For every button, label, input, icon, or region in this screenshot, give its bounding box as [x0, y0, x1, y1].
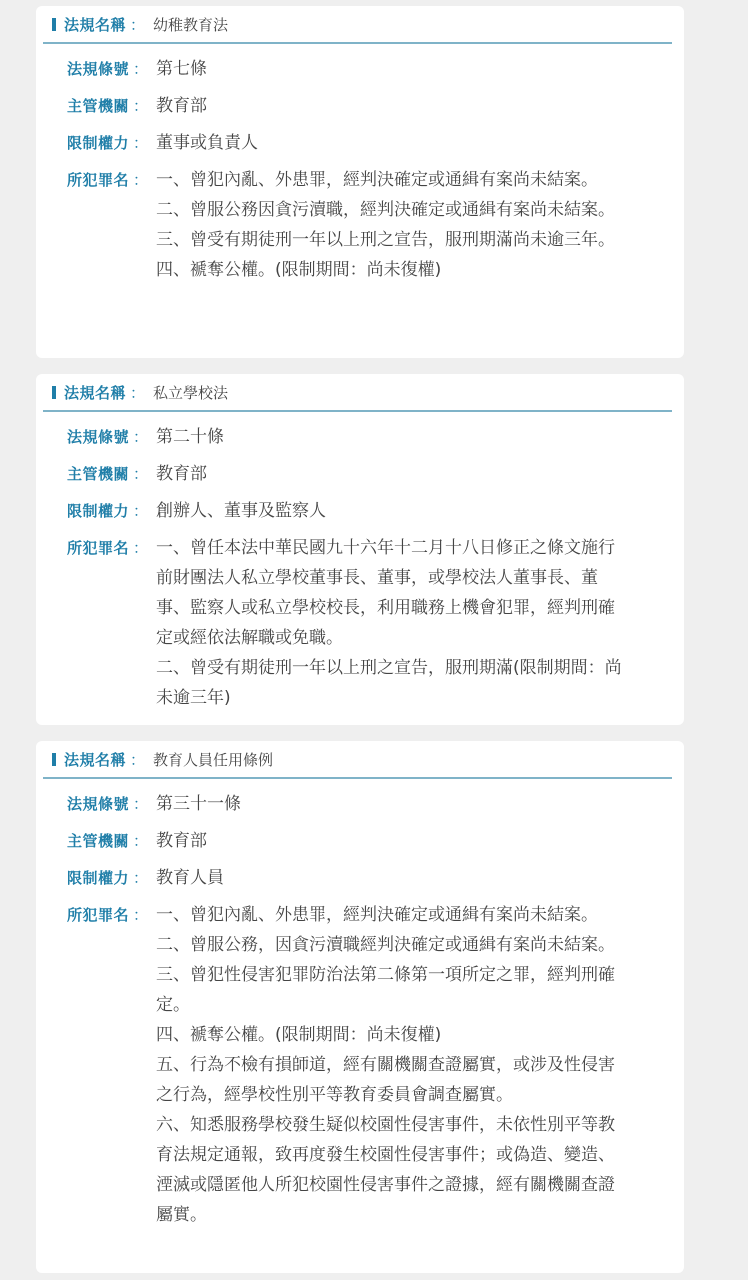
article-label: 法規條號 — [67, 54, 129, 84]
colon: ： — [133, 863, 148, 893]
offense-item: 一、曾任本法中華民國九十六年十二月十八日修正之條文施行前財團法人私立學校董事長、… — [156, 533, 628, 653]
law-card: 法規名稱 ： 私立學校法 法規條號 ： 第二十條 主管機關 ： 教育部 限制權力… — [36, 374, 684, 725]
header-marker-icon — [52, 386, 56, 399]
authority-value: 教育部 — [156, 826, 207, 856]
offense-item: 三、曾受有期徒刑一年以上刑之宣告，服刑期滿尚未逾三年。 — [156, 225, 628, 255]
offenses-row: 所犯罪名 ： 一、曾任本法中華民國九十六年十二月十八日修正之條文施行前財團法人私… — [67, 533, 684, 713]
authority-row: 主管機關 ： 教育部 — [67, 91, 684, 121]
article-row: 法規條號 ： 第二十條 — [67, 422, 684, 452]
article-label: 法規條號 — [67, 422, 129, 452]
offense-item: 四、褫奪公權。(限制期間：尚未復權) — [156, 255, 628, 285]
offense-item: 四、褫奪公權。(限制期間：尚未復權) — [156, 1020, 628, 1050]
offenses-label: 所犯罪名 — [67, 533, 129, 563]
colon: ： — [133, 900, 148, 930]
law-details: 法規條號 ： 第七條 主管機關 ： 教育部 限制權力 ： 董事或負責人 所犯罪名… — [36, 44, 684, 285]
colon: ： — [133, 165, 148, 195]
restricted-right-row: 限制權力 ： 創辦人、董事及監察人 — [67, 496, 684, 526]
article-label: 法規條號 — [67, 789, 129, 819]
authority-row: 主管機關 ： 教育部 — [67, 459, 684, 489]
authority-value: 教育部 — [156, 91, 207, 121]
authority-label: 主管機關 — [67, 459, 129, 489]
offenses-label: 所犯罪名 — [67, 900, 129, 930]
law-name-value: 私立學校法 — [153, 382, 228, 403]
authority-label: 主管機關 — [67, 826, 129, 856]
offense-item: 二、曾受有期徒刑一年以上刑之宣告，服刑期滿(限制期間：尚未逾三年) — [156, 653, 628, 713]
restricted-right-label: 限制權力 — [67, 863, 129, 893]
authority-label: 主管機關 — [67, 91, 129, 121]
restricted-right-row: 限制權力 ： 教育人員 — [67, 863, 684, 893]
law-card: 法規名稱 ： 幼稚教育法 法規條號 ： 第七條 主管機關 ： 教育部 限制權力 … — [36, 6, 684, 358]
article-value: 第三十一條 — [156, 789, 241, 819]
law-name-header: 法規名稱 ： 幼稚教育法 — [43, 6, 672, 44]
offenses-label: 所犯罪名 — [67, 165, 129, 195]
authority-row: 主管機關 ： 教育部 — [67, 826, 684, 856]
colon: ： — [130, 382, 145, 403]
offense-item: 一、曾犯內亂、外患罪，經判決確定或通緝有案尚未結案。 — [156, 165, 628, 195]
article-row: 法規條號 ： 第七條 — [67, 54, 684, 84]
offenses-list: 一、曾犯內亂、外患罪，經判決確定或通緝有案尚未結案。 二、曾服公務，因貪污瀆職經… — [156, 900, 628, 1230]
restricted-right-value: 創辦人、董事及監察人 — [156, 496, 326, 526]
authority-value: 教育部 — [156, 459, 207, 489]
offenses-list: 一、曾任本法中華民國九十六年十二月十八日修正之條文施行前財團法人私立學校董事長、… — [156, 533, 628, 713]
article-value: 第七條 — [156, 54, 207, 84]
restricted-right-label: 限制權力 — [67, 128, 129, 158]
law-name-label: 法規名稱 — [64, 749, 126, 770]
article-row: 法規條號 ： 第三十一條 — [67, 789, 684, 819]
colon: ： — [133, 533, 148, 563]
law-name-header: 法規名稱 ： 私立學校法 — [43, 374, 672, 412]
law-name-label: 法規名稱 — [64, 382, 126, 403]
offense-item: 五、行為不檢有損師道，經有關機關查證屬實，或涉及性侵害之行為，經學校性別平等教育… — [156, 1050, 628, 1110]
offenses-row: 所犯罪名 ： 一、曾犯內亂、外患罪，經判決確定或通緝有案尚未結案。 二、曾服公務… — [67, 165, 684, 285]
offense-item: 三、曾犯性侵害犯罪防治法第二條第一項所定之罪，經判刑確定。 — [156, 960, 628, 1020]
restricted-right-value: 教育人員 — [156, 863, 224, 893]
restricted-right-label: 限制權力 — [67, 496, 129, 526]
law-details: 法規條號 ： 第三十一條 主管機關 ： 教育部 限制權力 ： 教育人員 所犯罪名… — [36, 779, 684, 1230]
law-name-value: 幼稚教育法 — [153, 14, 228, 35]
colon: ： — [133, 422, 148, 452]
colon: ： — [133, 789, 148, 819]
offense-item: 二、曾服公務因貪污瀆職，經判決確定或通緝有案尚未結案。 — [156, 195, 628, 225]
offense-item: 二、曾服公務，因貪污瀆職經判決確定或通緝有案尚未結案。 — [156, 930, 628, 960]
colon: ： — [133, 54, 148, 84]
offense-item: 一、曾犯內亂、外患罪，經判決確定或通緝有案尚未結案。 — [156, 900, 628, 930]
offenses-list: 一、曾犯內亂、外患罪，經判決確定或通緝有案尚未結案。 二、曾服公務因貪污瀆職，經… — [156, 165, 628, 285]
colon: ： — [133, 826, 148, 856]
law-name-header: 法規名稱 ： 教育人員任用條例 — [43, 741, 672, 779]
article-value: 第二十條 — [156, 422, 224, 452]
restricted-right-row: 限制權力 ： 董事或負責人 — [67, 128, 684, 158]
law-details: 法規條號 ： 第二十條 主管機關 ： 教育部 限制權力 ： 創辦人、董事及監察人… — [36, 412, 684, 713]
colon: ： — [133, 459, 148, 489]
colon: ： — [133, 496, 148, 526]
colon: ： — [133, 91, 148, 121]
offenses-row: 所犯罪名 ： 一、曾犯內亂、外患罪，經判決確定或通緝有案尚未結案。 二、曾服公務… — [67, 900, 684, 1230]
header-marker-icon — [52, 18, 56, 31]
law-card: 法規名稱 ： 教育人員任用條例 法規條號 ： 第三十一條 主管機關 ： 教育部 … — [36, 741, 684, 1273]
law-name-label: 法規名稱 — [64, 14, 126, 35]
header-marker-icon — [52, 753, 56, 766]
colon: ： — [130, 14, 145, 35]
offense-item: 六、知悉服務學校發生疑似校園性侵害事件，未依性別平等教育法規定通報，致再度發生校… — [156, 1110, 628, 1230]
law-name-value: 教育人員任用條例 — [153, 749, 273, 770]
colon: ： — [133, 128, 148, 158]
colon: ： — [130, 749, 145, 770]
restricted-right-value: 董事或負責人 — [156, 128, 258, 158]
